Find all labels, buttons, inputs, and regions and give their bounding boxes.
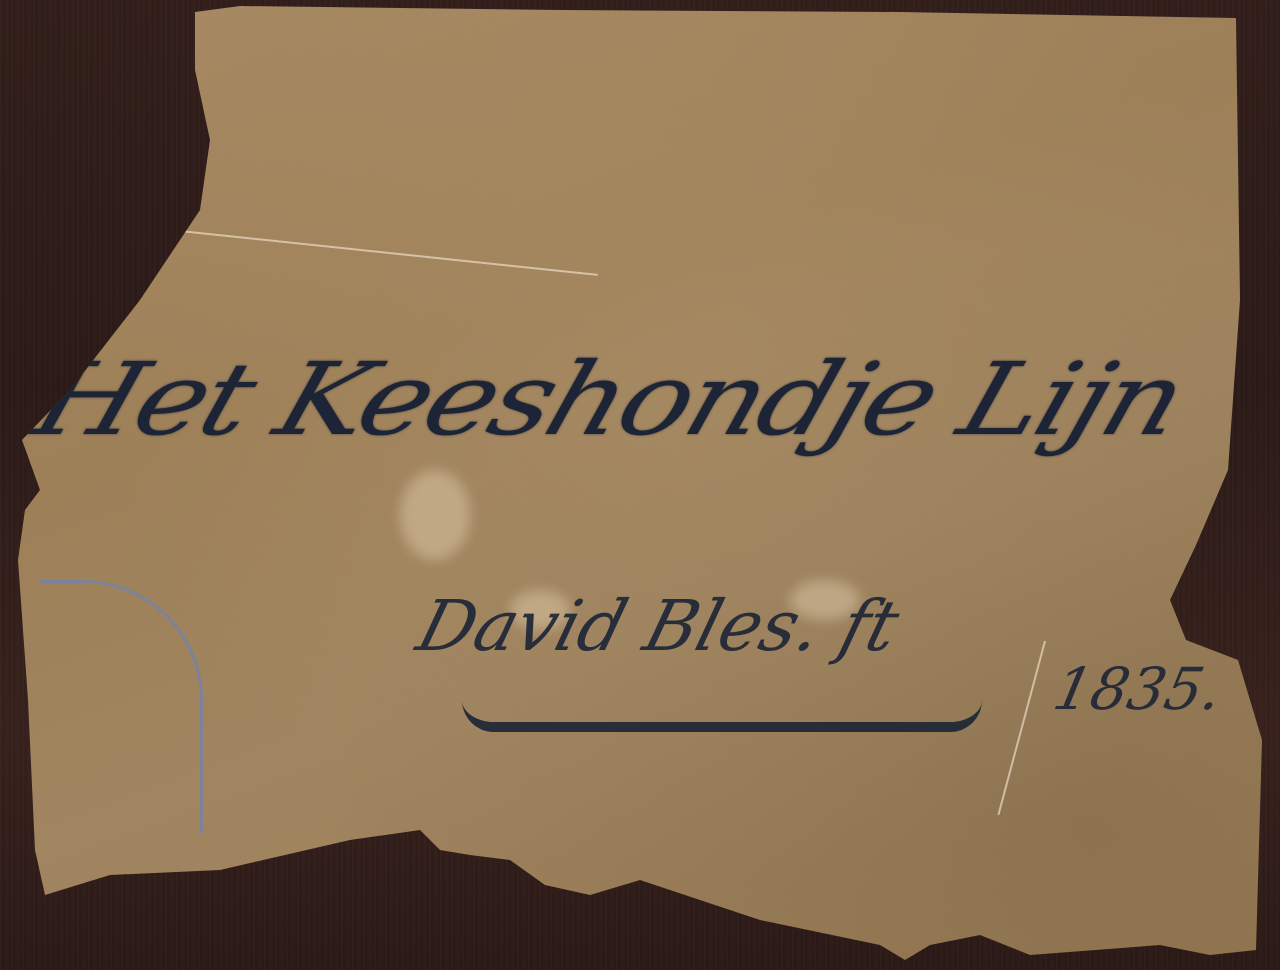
signature-underline: [462, 700, 982, 732]
inscription-year: 1835.: [1048, 655, 1229, 723]
paper-tear: [997, 641, 1046, 815]
paper-crease: [180, 230, 598, 276]
inscription-title: Het Keeshondje Lijn: [21, 340, 1197, 457]
artist-signature: David Bles. ft: [409, 585, 908, 667]
water-stain: [400, 470, 470, 560]
blue-pencil-mark: [40, 580, 203, 833]
